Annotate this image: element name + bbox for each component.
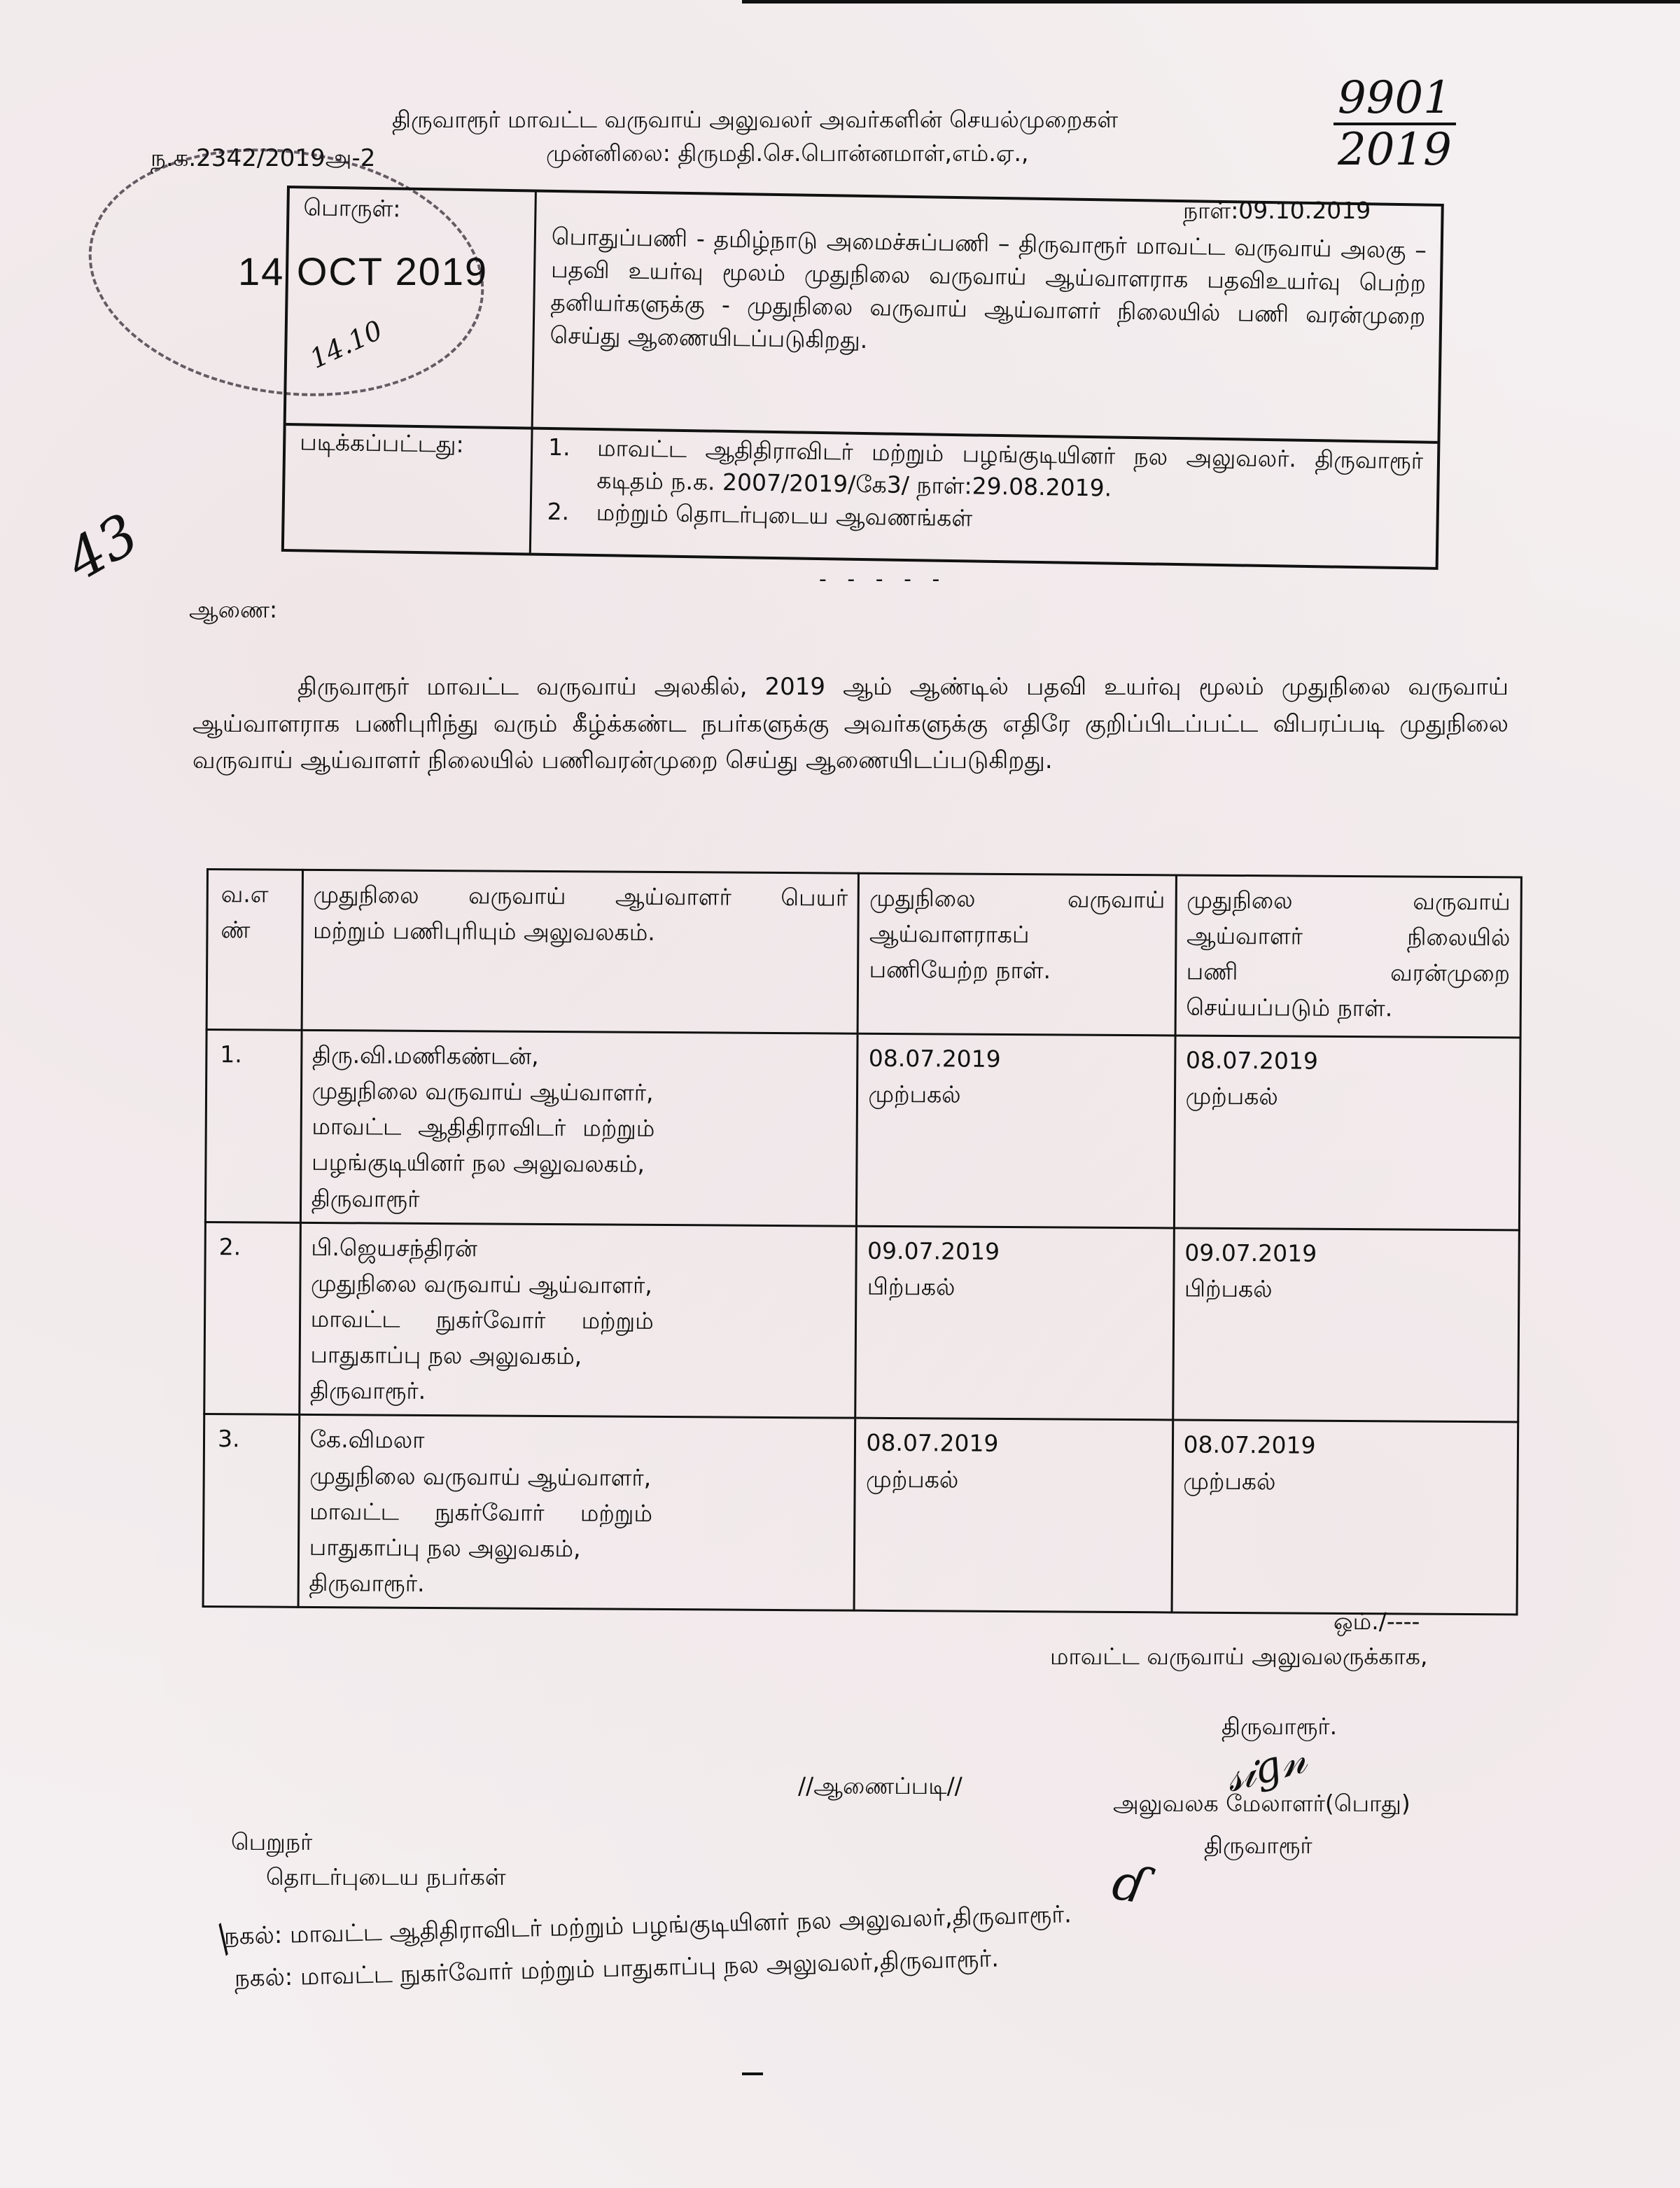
- presiding-officer: முன்னிலை: திருமதி.செ.பொன்னமாள்,எம்.ஏ.,: [546, 139, 1029, 167]
- copy-to-2: நகல்: மாவட்ட நுகர்வோர் மற்றும் பாதுகாப்ப…: [234, 1944, 999, 1993]
- table-row: 1.திரு.வி.மணிகண்டன்,முதுநிலை வருவாய் ஆய்…: [205, 1030, 1520, 1230]
- cell-regularised-date: 09.07.2019பிற்பகல்: [1172, 1228, 1519, 1423]
- handwritten-number: 9901: [1333, 74, 1456, 125]
- order-paragraph: திருவாரூர் மாவட்ட வருவாய் அலகில், 2019 ஆ…: [192, 669, 1508, 779]
- subject-box: பொருள்: பொதுப்பணி - தமிழ்நாடு அமைச்சுப்ப…: [281, 186, 1444, 570]
- subject-text: பொதுப்பணி - தமிழ்நாடு அமைச்சுப்பணி – திர…: [549, 221, 1427, 365]
- column-divider: [529, 427, 533, 553]
- references-list: 1. மாவட்ட ஆதிதிராவிடர் மற்றும் பழங்குடிய…: [547, 431, 1423, 542]
- cell-serial: 3.: [203, 1414, 299, 1608]
- subject-label: பொருள்:: [303, 193, 401, 223]
- column-divider: [531, 193, 537, 427]
- page-mark: [742, 2072, 763, 2075]
- cell-regularised-date: 08.07.2019முற்பகல்: [1174, 1036, 1520, 1230]
- signature-designation: அலுவலக மேலாளர்(பொது): [1113, 1789, 1410, 1818]
- cell-joined-date: 08.07.2019முற்பகல்: [854, 1419, 1172, 1612]
- header-joined-date: முதுநிலை வருவாய் ஆய்வாளராகப் பணியேற்ற நா…: [858, 873, 1177, 1036]
- table-row: 3.கே.விமலாமுதுநிலை வருவாய் ஆய்வாளர்,மாவட…: [203, 1414, 1518, 1615]
- table-header-row: வ.எ ண் முதுநிலை வருவாய் ஆய்வாளர் பெயர் ம…: [206, 870, 1521, 1038]
- references-row: படிக்கப்பட்டது: 1. மாவட்ட ஆதிதிராவிடர் ம…: [284, 423, 1438, 567]
- recipient-value: தொடர்புடைய நபர்கள்: [266, 1862, 506, 1891]
- cell-regularised-date: 08.07.2019முற்பகல்: [1172, 1420, 1518, 1615]
- by-order: //ஆணைப்படி//: [798, 1771, 962, 1800]
- copy-to-1: நகல்: மாவட்ட ஆதிதிராவிடர் மற்றும் பழங்கு…: [223, 1900, 1072, 1951]
- handwritten-year: 2019: [1338, 124, 1452, 176]
- recipient-label: பெறுநர்: [231, 1827, 312, 1856]
- margin-note: 43: [55, 501, 150, 593]
- order-date: நாள்:09.10.2019: [1183, 196, 1371, 225]
- cell-joined-date: 08.07.2019முற்பகல்: [857, 1033, 1175, 1227]
- cell-serial: 2.: [204, 1222, 300, 1415]
- cell-serial: 1.: [205, 1030, 301, 1223]
- signature-place: திருவாரூர்.: [1221, 1712, 1337, 1741]
- cell-name-office: கே.விமலாமுதுநிலை வருவாய் ஆய்வாளர்,மாவட்ட…: [298, 1415, 855, 1611]
- read-label: படிக்கப்பட்டது:: [300, 427, 464, 459]
- paper-edge: [742, 0, 1680, 12]
- subject-row: பொருள்: பொதுப்பணி - தமிழ்நாடு அமைச்சுப்ப…: [286, 188, 1441, 444]
- order-heading: ஆணை:: [189, 595, 277, 624]
- table-row: 2.பி.ஜெயசந்திரன்முதுநிலை வருவாய் ஆய்வாளர…: [204, 1222, 1520, 1422]
- header-regularised-date: முதுநிலை வருவாய் ஆய்வாளர் நிலையில் பணி வ…: [1175, 875, 1522, 1038]
- office-title: திருவாரூர் மாவட்ட வருவாய் அலுவலர் அவர்கள…: [392, 105, 1118, 134]
- regularisation-table: வ.எ ண் முதுநிலை வருவாய் ஆய்வாளர் பெயர் ம…: [202, 868, 1522, 1616]
- separator: - - - - -: [819, 567, 946, 592]
- handwritten-initial: ɗ: [1108, 1853, 1151, 1915]
- signature-for-officer: மாவட்ட வருவாய் அலுவலருக்காக,: [1050, 1642, 1427, 1671]
- signed-mark: ஒம்./----: [1333, 1607, 1420, 1636]
- cell-name-office: திரு.வி.மணிகண்டன்,முதுநிலை வருவாய் ஆய்வா…: [300, 1030, 857, 1226]
- header-name-office: முதுநிலை வருவாய் ஆய்வாளர் பெயர் மற்றும் …: [302, 870, 859, 1033]
- cell-name-office: பி.ஜெயசந்திரன்முதுநிலை வருவாய் ஆய்வாளர்,…: [299, 1222, 856, 1419]
- handwritten-file-number: 9901 2019: [1333, 74, 1456, 175]
- signature-place-2: திருவாரூர்: [1204, 1831, 1312, 1860]
- cell-joined-date: 09.07.2019பிற்பகல்: [855, 1226, 1174, 1420]
- header-serial: வ.எ ண்: [206, 870, 302, 1031]
